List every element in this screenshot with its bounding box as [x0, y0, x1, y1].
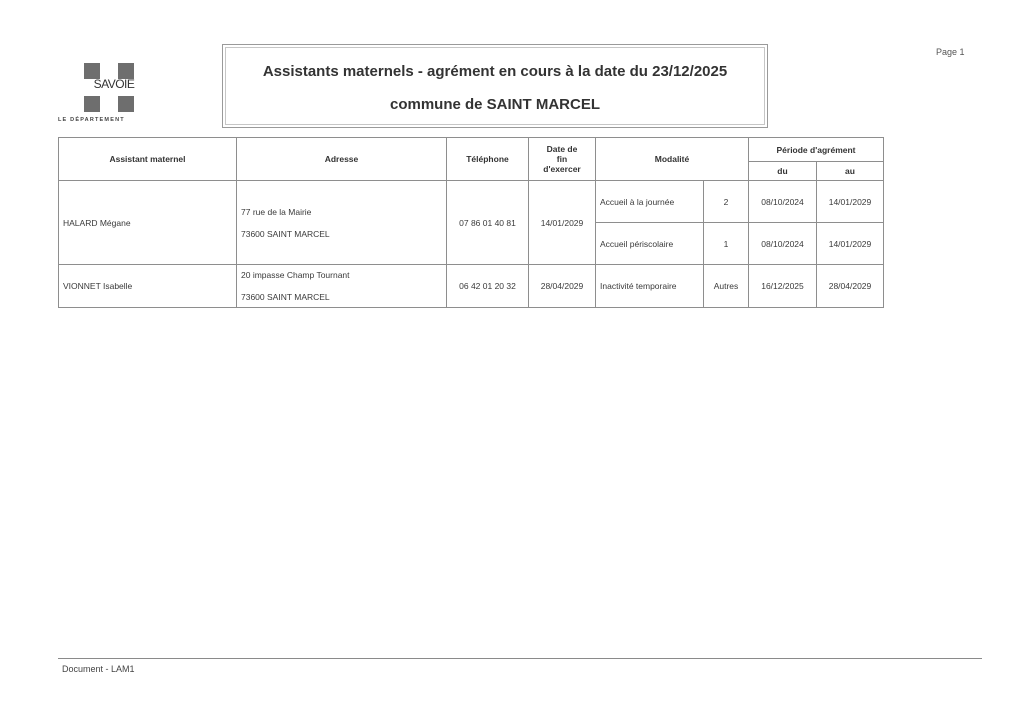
telephone-cell: 06 42 01 20 32: [447, 265, 529, 308]
report-title: Assistants maternels - agrément en cours…: [223, 63, 767, 80]
footer-divider: [58, 658, 982, 659]
column-header-telephone: Téléphone: [447, 138, 529, 181]
table-row: VIONNET Isabelle 20 impasse Champ Tourna…: [59, 265, 884, 308]
logo-tagline: LE DÉPARTEMENT: [58, 117, 158, 123]
logo-name: SAVOIE: [74, 77, 154, 91]
address-cell: 77 rue de la Mairie 73600 SAINT MARCEL: [237, 181, 447, 265]
address-cell: 20 impasse Champ Tournant 73600 SAINT MA…: [237, 265, 447, 308]
column-header-modalite: Modalité: [596, 138, 749, 181]
savoie-department-logo: SAVOIE LE DÉPARTEMENT: [74, 60, 154, 130]
page-number: Page 1: [936, 47, 965, 57]
logo-square-icon: [118, 96, 134, 112]
periode-du: 08/10/2024: [749, 181, 817, 223]
table-row: HALARD Mégane 77 rue de la Mairie 73600 …: [59, 181, 884, 223]
date-fin-cell: 14/01/2029: [529, 181, 596, 265]
modalite-count: Autres: [704, 265, 749, 308]
column-header-adresse: Adresse: [237, 138, 447, 181]
modalite-count: 2: [704, 181, 749, 223]
periode-au: 28/04/2029: [817, 265, 884, 308]
column-header-au: au: [817, 162, 884, 181]
periode-au: 14/01/2029: [817, 181, 884, 223]
assistant-name: HALARD Mégane: [59, 181, 237, 265]
periode-au: 14/01/2029: [817, 223, 884, 265]
report-title-box: Assistants maternels - agrément en cours…: [222, 44, 768, 128]
assistant-name: VIONNET Isabelle: [59, 265, 237, 308]
modalite-type: Accueil périscolaire: [596, 223, 704, 265]
date-fin-cell: 28/04/2029: [529, 265, 596, 308]
modalite-count: 1: [704, 223, 749, 265]
report-subtitle: commune de SAINT MARCEL: [223, 96, 767, 113]
telephone-cell: 07 86 01 40 81: [447, 181, 529, 265]
column-header-date-fin: Date de fin d'exercer: [529, 138, 596, 181]
logo-square-icon: [84, 96, 100, 112]
assistants-table: Assistant maternel Adresse Téléphone Dat…: [58, 137, 884, 308]
column-header-periode: Période d'agrément: [749, 138, 884, 162]
footer-document-label: Document - LAM1: [62, 664, 135, 674]
periode-du: 08/10/2024: [749, 223, 817, 265]
periode-du: 16/12/2025: [749, 265, 817, 308]
modalite-type: Accueil à la journée: [596, 181, 704, 223]
column-header-du: du: [749, 162, 817, 181]
column-header-assistant: Assistant maternel: [59, 138, 237, 181]
modalite-type: Inactivité temporaire: [596, 265, 704, 308]
